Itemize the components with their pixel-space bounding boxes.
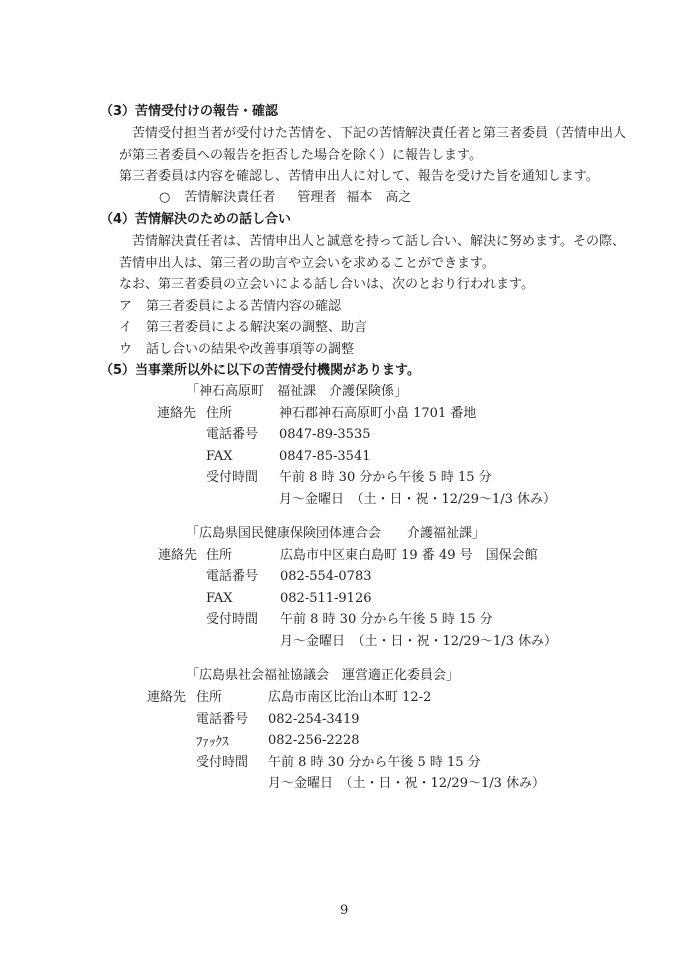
page-number: 9 bbox=[340, 903, 348, 918]
list-item-text: 話し合いの結果や改善事項等の調整 bbox=[146, 342, 354, 357]
responsible-role: 苦情解決責任者 bbox=[184, 190, 275, 205]
fax-label: ﾌｧｯｸｽ bbox=[196, 735, 229, 751]
contact-label: 連絡先 bbox=[157, 406, 196, 422]
address-label: 住所 bbox=[206, 406, 232, 422]
phone-value: 082-554-0783 bbox=[280, 569, 372, 585]
days-value: 月～金曜日 （土・日・祝・12/29～1/3 休み） bbox=[279, 492, 556, 508]
address-value: 広島市中区東白島町 19 番 49 号 国保会館 bbox=[280, 548, 538, 564]
hours-label: 受付時間 bbox=[206, 470, 258, 486]
contact-label: 連絡先 bbox=[147, 690, 186, 706]
agency-name: 「広島県社会福祉協議会 運営適正化委員会」 bbox=[186, 668, 459, 684]
list-marker: イ bbox=[119, 320, 132, 335]
responsible-person-line: ○苦情解決責任者管理者福本 高之 bbox=[159, 190, 411, 206]
phone-value: 0847-89-3535 bbox=[279, 427, 371, 443]
agency-name: 「広島県国民健康保険団体連合会 介護福祉課」 bbox=[186, 526, 485, 542]
section-5-heading: （5）当事業所以外に以下の苦情受付機関があります。 bbox=[100, 363, 420, 379]
fax-label: FAX bbox=[206, 449, 233, 465]
responsible-name: 福本 高之 bbox=[346, 190, 411, 205]
hours-value: 午前 8 時 30 分から午後 5 時 15 分 bbox=[279, 470, 492, 486]
section-4-paragraph-1-line-1: 苦情解決責任者は、苦情申出人と誠意を持って話し合い、解決に努めます。その際、 bbox=[132, 234, 625, 250]
section-4-paragraph-1-line-2: 苦情申出人は、第三者の助言や立会いを求めることができます。 bbox=[119, 256, 495, 272]
days-value: 月～金曜日 （土・日・祝・12/29～1/3 休み） bbox=[268, 776, 545, 792]
section-3-paragraph-1-line-2: が第三者委員への報告を拒否した場合を除く）に報告します。 bbox=[119, 148, 482, 164]
address-value: 広島市南区比治山本町 12-2 bbox=[268, 690, 431, 706]
phone-label: 電話番号 bbox=[206, 427, 258, 443]
contact-label: 連絡先 bbox=[158, 548, 197, 564]
hours-label: 受付時間 bbox=[196, 755, 248, 771]
section-3-paragraph-1-line-1: 苦情受付担当者が受付けた苦情を、下記の苦情解決責任者と第三者委員（苦情申出人 bbox=[132, 126, 626, 142]
list-marker: ア bbox=[119, 299, 132, 314]
list-item: ウ話し合いの結果や改善事項等の調整 bbox=[119, 342, 354, 358]
fax-value: 082-256-2228 bbox=[268, 733, 360, 749]
phone-label: 電話番号 bbox=[196, 712, 248, 728]
section-4-paragraph-2: なお、第三者委員の立会いによる話し合いは、次のとおり行われます。 bbox=[119, 277, 534, 293]
fax-value: 0847-85-3541 bbox=[279, 449, 371, 465]
phone-value: 082-254-3419 bbox=[268, 712, 360, 728]
list-item: イ第三者委員による解決案の調整、助言 bbox=[119, 320, 367, 336]
bullet-circle-icon: ○ bbox=[159, 190, 170, 205]
section-4-heading: （4）苦情解決のための話し合い bbox=[100, 212, 291, 228]
hours-label: 受付時間 bbox=[206, 612, 258, 628]
address-label: 住所 bbox=[206, 548, 232, 564]
section-3-paragraph-2: 第三者委員は内容を確認し、苦情申出人に対して、報告を受けた旨を通知します。 bbox=[119, 169, 599, 185]
hours-value: 午前 8 時 30 分から午後 5 時 15 分 bbox=[268, 755, 481, 771]
hours-value: 午前 8 時 30 分から午後 5 時 15 分 bbox=[280, 612, 493, 628]
address-value: 神石郡神石高原町小畠 1701 番地 bbox=[279, 406, 476, 422]
list-item-text: 第三者委員による苦情内容の確認 bbox=[146, 299, 341, 314]
address-label: 住所 bbox=[196, 690, 222, 706]
responsible-title: 管理者 bbox=[297, 190, 336, 205]
phone-label: 電話番号 bbox=[206, 569, 258, 585]
fax-value: 082-511-9126 bbox=[280, 591, 372, 607]
list-item-text: 第三者委員による解決案の調整、助言 bbox=[146, 320, 367, 335]
section-3-heading: （3）苦情受付けの報告・確認 bbox=[100, 104, 278, 120]
agency-name: 「神石高原町 福祉課 介護保険係」 bbox=[186, 384, 407, 400]
days-value: 月～金曜日 （土・日・祝・12/29～1/3 休み） bbox=[280, 634, 557, 650]
list-marker: ウ bbox=[119, 342, 132, 357]
list-item: ア第三者委員による苦情内容の確認 bbox=[119, 299, 341, 315]
fax-label: FAX bbox=[206, 591, 233, 607]
